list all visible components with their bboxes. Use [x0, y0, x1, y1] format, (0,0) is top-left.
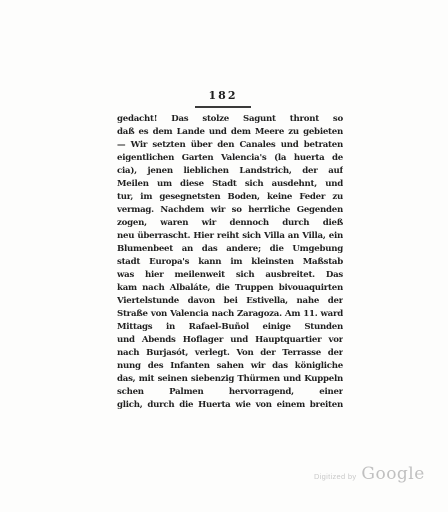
- text-line: schen Palmen hervorragend, einer orienta…: [117, 386, 343, 399]
- text-line: Mittags in Rafael-Buñol einige Stunden a…: [117, 321, 343, 334]
- scanned-book-page: 182 gedacht! Das stolze Sagunt thront so…: [0, 0, 448, 512]
- text-line: gedacht! Das stolze Sagunt thront so maj…: [117, 113, 343, 126]
- body-text-block: gedacht! Das stolze Sagunt thront so maj…: [117, 113, 343, 412]
- text-line: eigentlichen Garten Valencia's (la huert…: [117, 152, 343, 165]
- text-line: tur, im gesegnetsten Boden, keine Feder …: [117, 191, 343, 204]
- text-line: glich, durch die Huerta wie von einem br…: [117, 399, 343, 412]
- text-line: daß es dem Lande und dem Meere zu gebiet…: [117, 126, 343, 139]
- text-line: Meilen um diese Stadt sich ausdehnt, und…: [117, 178, 343, 191]
- page-number-rule: [195, 106, 251, 108]
- watermark: Digitized by Google: [314, 464, 425, 484]
- text-line: neu überrascht. Hier reiht sich Villa an…: [117, 230, 343, 243]
- text-line: Viertelstunde davon bei Estivella, nahe …: [117, 295, 343, 308]
- page-header: 182: [110, 84, 336, 108]
- text-line: was hier meilenweit sich ausbreitet. Das…: [117, 269, 343, 282]
- watermark-prefix-label: Digitized by: [314, 472, 356, 481]
- text-line: Blumenbeet an das andere; die Umgebung k…: [117, 243, 343, 256]
- text-line: kam nach Albaláte, die Truppen bivouaqui…: [117, 282, 343, 295]
- text-line: stadt Europa's kann im kleinsten Maßstab…: [117, 256, 343, 269]
- text-line: nach Burjasót, verlegt. Von der Terrasse…: [117, 347, 343, 360]
- text-line: vermag. Nachdem wir so herrliche Gegende…: [117, 204, 343, 217]
- text-line: zogen, waren wir dennoch durch dieß zaub…: [117, 217, 343, 230]
- google-logo: Google: [361, 464, 424, 484]
- text-line: und Abends Hoflager und Hauptquartier vo…: [117, 334, 343, 347]
- page-number: 182: [209, 89, 238, 102]
- text-line: cia), jenen lieblichen Landstrich, der a…: [117, 165, 343, 178]
- text-line: das, mit seinen siebenzig Thürmen und Ku…: [117, 373, 343, 386]
- text-line: nung des Infanten sahen wir das königlic…: [117, 360, 343, 373]
- text-line: Straße von Valencia nach Zaragoza. Am 11…: [117, 308, 343, 321]
- text-line: — Wir setzten über den Canales und betra…: [117, 139, 343, 152]
